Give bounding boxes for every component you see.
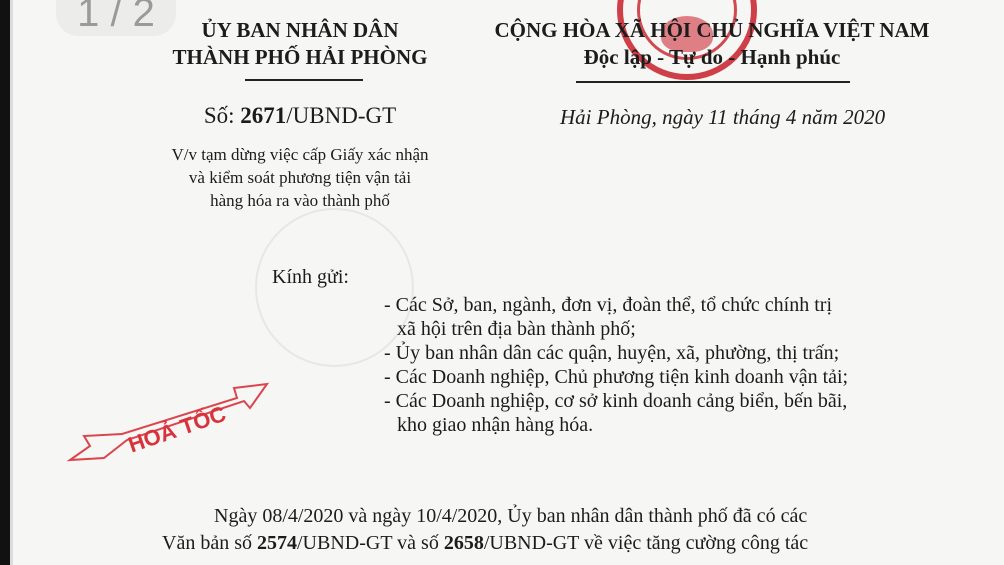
subject: V/v tạm dừng việc cấp Giấy xác nhận và k… — [140, 143, 460, 212]
issuer-underline — [245, 79, 363, 81]
national-title: CỘNG HÒA XÃ HỘI CHỦ NGHĨA VIỆT NAM — [480, 17, 944, 44]
salutation: Kính gửi: — [272, 266, 349, 289]
recipient-item-cont: kho giao nhận hàng hóa. — [384, 413, 848, 437]
national-motto: Độc lập - Tự do - Hạnh phúc — [480, 44, 944, 71]
issuer-line-2: THÀNH PHỐ HẢI PHÒNG — [140, 44, 460, 71]
body-paragraph: Ngày 08/4/2020 và ngày 10/4/2020, Ủy ban… — [162, 503, 808, 557]
recipient-item: - Các Sở, ban, ngành, đơn vị, đoàn thể, … — [384, 293, 848, 317]
national-header: CỘNG HÒA XÃ HỘI CHỦ NGHĨA VIỆT NAM Độc l… — [480, 17, 944, 71]
recipient-item: - Ủy ban nhân dân các quận, huyện, xã, p… — [384, 341, 848, 365]
recipient-item: - Các Doanh nghiệp, cơ sở kinh doanh cản… — [384, 389, 848, 413]
date-line: Hải Phòng, ngày 11 tháng 4 năm 2020 — [560, 105, 885, 130]
recipient-item: - Các Doanh nghiệp, Chủ phương tiện kinh… — [384, 365, 848, 389]
document-number-value: 2671 — [240, 103, 286, 128]
issuer-line-1: ỦY BAN NHÂN DÂN — [140, 17, 460, 44]
issuer-header: ỦY BAN NHÂN DÂN THÀNH PHỐ HẢI PHÒNG — [140, 17, 460, 71]
document-number: Số: 2671/UBND-GT — [160, 103, 440, 129]
urgent-stamp-icon: HOẢ TỐC — [62, 368, 282, 468]
recipient-item-cont: xã hội trên địa bàn thành phố; — [384, 317, 848, 341]
viewer-left-edge — [0, 0, 10, 565]
svg-text:HOẢ TỐC: HOẢ TỐC — [125, 400, 229, 458]
recipient-list: - Các Sở, ban, ngành, đơn vị, đoàn thể, … — [384, 293, 848, 437]
motto-underline — [576, 81, 850, 83]
viewer-left-edge-shadow — [10, 0, 13, 565]
